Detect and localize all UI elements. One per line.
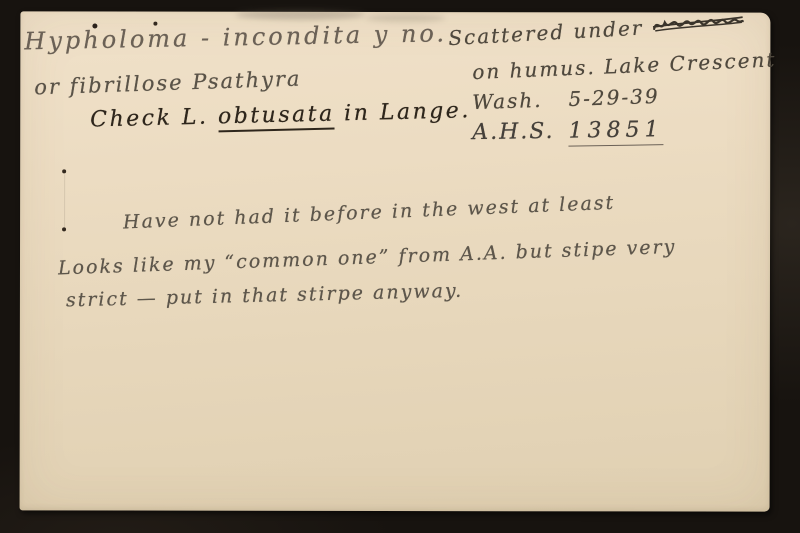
faint-pencil-line — [64, 174, 65, 229]
collector-initials: A.H.S. — [472, 119, 555, 145]
check-prefix: Check L. — [90, 104, 218, 132]
pencil-dot — [62, 169, 66, 173]
scribbled-out-word — [651, 11, 744, 41]
alternate-determination-line: or fibrillose Psathyra — [34, 67, 302, 100]
note-line-2: Looks like my “common one” from A.A. but… — [58, 236, 677, 280]
habitat-line: Scattered under — [448, 10, 745, 52]
state-label: Wash. — [472, 88, 543, 114]
locality-line: on humus. Lake Crescent — [472, 47, 777, 84]
state-date-line: Wash.5-29-39 — [472, 84, 660, 114]
collection-date: 5-29-39 — [568, 84, 660, 111]
underlined-species-name: obtusata — [218, 101, 335, 132]
photo-background: Hypholoma - incondita y no. or fibrillos… — [0, 0, 800, 533]
top-edge-smudge — [235, 10, 365, 20]
check-reference-line: Check L. obtusata in Lange. — [90, 98, 471, 132]
check-suffix: in Lange. — [334, 98, 471, 126]
collection-number: 13851 — [568, 117, 663, 146]
habitat-text: Scattered under — [448, 15, 653, 50]
note-line-1: Have not had it before in the west at le… — [123, 192, 616, 234]
pencil-dot — [62, 227, 66, 231]
collector-number-line: A.H.S.13851 — [472, 117, 664, 145]
index-card: Hypholoma - incondita y no. or fibrillos… — [20, 11, 771, 511]
genus-species-line: Hypholoma - incondita y no. — [24, 19, 447, 55]
note-line-3: strict — put in that stirpe anyway. — [66, 280, 464, 312]
